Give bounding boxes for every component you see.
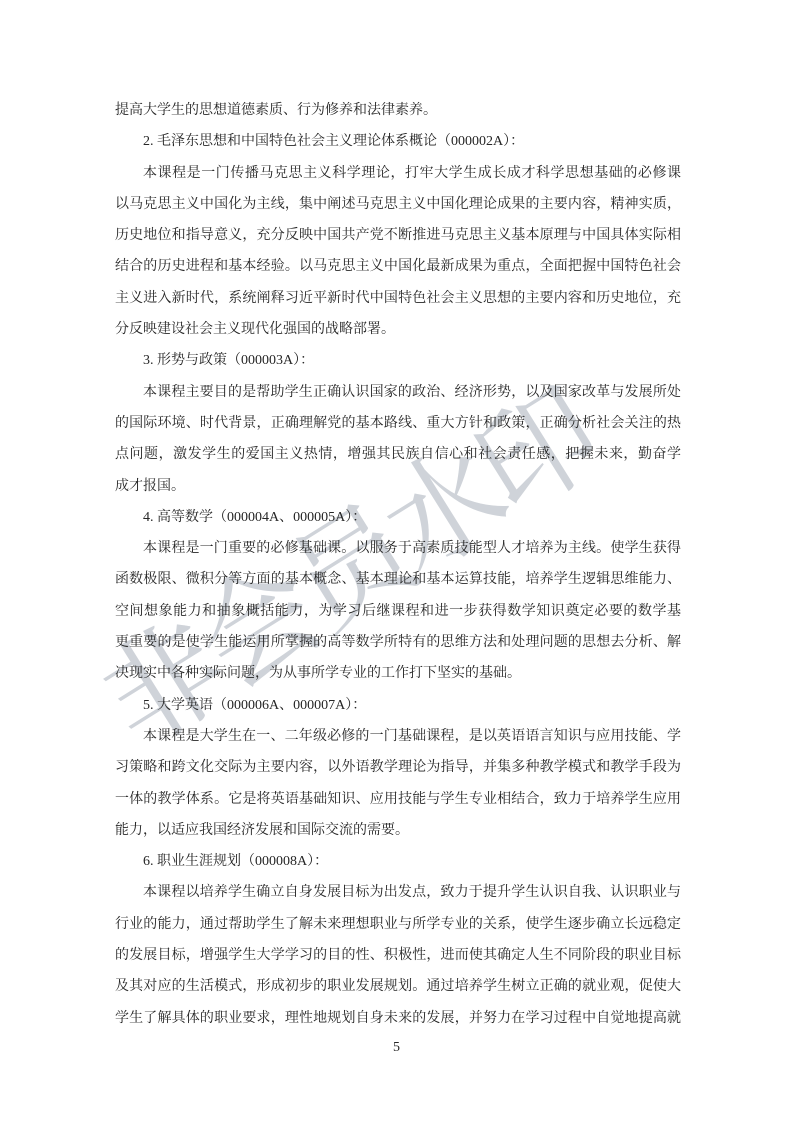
text-line: 行业的能力，通过帮助学生了解未来理想职业与所学专业的关系，使学生逐步确立长远稳定 (115, 909, 681, 940)
text-line: 本课程是一门传播马克思主义科学理论，打牢大学生成长成才科学思想基础的必修课程。 (115, 158, 681, 189)
page-number: 5 (0, 1038, 793, 1058)
text-line: 以马克思主义中国化为主线，集中阐述马克思主义中国化理论成果的主要内容，精神实质， (115, 189, 681, 220)
text-line: 成才报国。 (115, 471, 681, 502)
text-line: 本课程主要目的是帮助学生正确认识国家的政治、经济形势，以及国家改革与发展所处 (115, 377, 681, 408)
text-line: 决现实中各种实际问题，为从事所学专业的工作打下坚实的基础。 (115, 658, 681, 689)
text-line: 6. 职业生涯规划（000008A）： (115, 846, 681, 877)
text-line: 空间想象能力和抽象概括能力，为学习后继课程和进一步获得数学知识奠定必要的数学基础… (115, 596, 681, 627)
text-line: 学生了解具体的职业要求，理性地规划自身未来的发展，并努力在学习过程中自觉地提高就 (115, 1003, 681, 1034)
document-lines: 提高大学生的思想道德素质、行为修养和法律素养。2. 毛泽东思想和中国特色社会主义… (115, 95, 681, 1034)
text-line: 3. 形势与政策（000003A）： (115, 345, 681, 376)
text-line: 及其对应的生活模式，形成初步的职业发展规划。通过培养学生树立正确的就业观，促使大 (115, 971, 681, 1002)
text-line: 结合的历史进程和基本经验。以马克思主义中国化最新成果为重点，全面把握中国特色社会 (115, 251, 681, 282)
text-line: 4. 高等数学（000004A、000005A）： (115, 502, 681, 533)
text-line: 更重要的是使学生能运用所掌握的高等数学所特有的思维方法和处理问题的思想去分析、解 (115, 627, 681, 658)
text-line: 历史地位和指导意义，充分反映中国共产党不断推进马克思主义基本原理与中国具体实际相 (115, 220, 681, 251)
text-line: 提高大学生的思想道德素质、行为修养和法律素养。 (115, 95, 681, 126)
text-line: 5. 大学英语（000006A、000007A）： (115, 690, 681, 721)
text-line: 的国际环境、时代背景，正确理解党的基本路线、重大方针和政策，正确分析社会关注的热 (115, 408, 681, 439)
text-line: 本课程以培养学生确立自身发展目标为出发点，致力于提升学生认识自我、认识职业与 (115, 877, 681, 908)
text-line: 的发展目标，增强学生大学学习的目的性、积极性，进而使其确定人生不同阶段的职业目标 (115, 940, 681, 971)
text-line: 习策略和跨文化交际为主要内容，以外语教学理论为指导，并集多种教学模式和教学手段为 (115, 752, 681, 783)
text-line: 本课程是一门重要的必修基础课。以服务于高素质技能型人才培养为主线。使学生获得 (115, 533, 681, 564)
text-line: 点问题，激发学生的爱国主义热情，增强其民族自信心和社会责任感，把握未来，勤奋学习… (115, 439, 681, 470)
text-line: 主义进入新时代，系统阐释习近平新时代中国特色社会主义思想的主要内容和历史地位，充 (115, 283, 681, 314)
text-line: 一体的教学体系。它是将英语基础知识、应用技能与学生专业相结合，致力于培养学生应用 (115, 784, 681, 815)
text-line: 2. 毛泽东思想和中国特色社会主义理论体系概论（000002A）： (115, 126, 681, 157)
text-line: 本课程是大学生在一、二年级必修的一门基础课程，是以英语语言知识与应用技能、学 (115, 721, 681, 752)
text-line: 能力，以适应我国经济发展和国际交流的需要。 (115, 815, 681, 846)
text-line: 函数极限、微积分等方面的基本概念、基本理论和基本运算技能，培养学生逻辑思维能力、 (115, 564, 681, 595)
text-line: 分反映建设社会主义现代化强国的战略部署。 (115, 314, 681, 345)
document-page: 非会员水印 提高大学生的思想道德素质、行为修养和法律素养。2. 毛泽东思想和中国… (0, 0, 793, 1122)
